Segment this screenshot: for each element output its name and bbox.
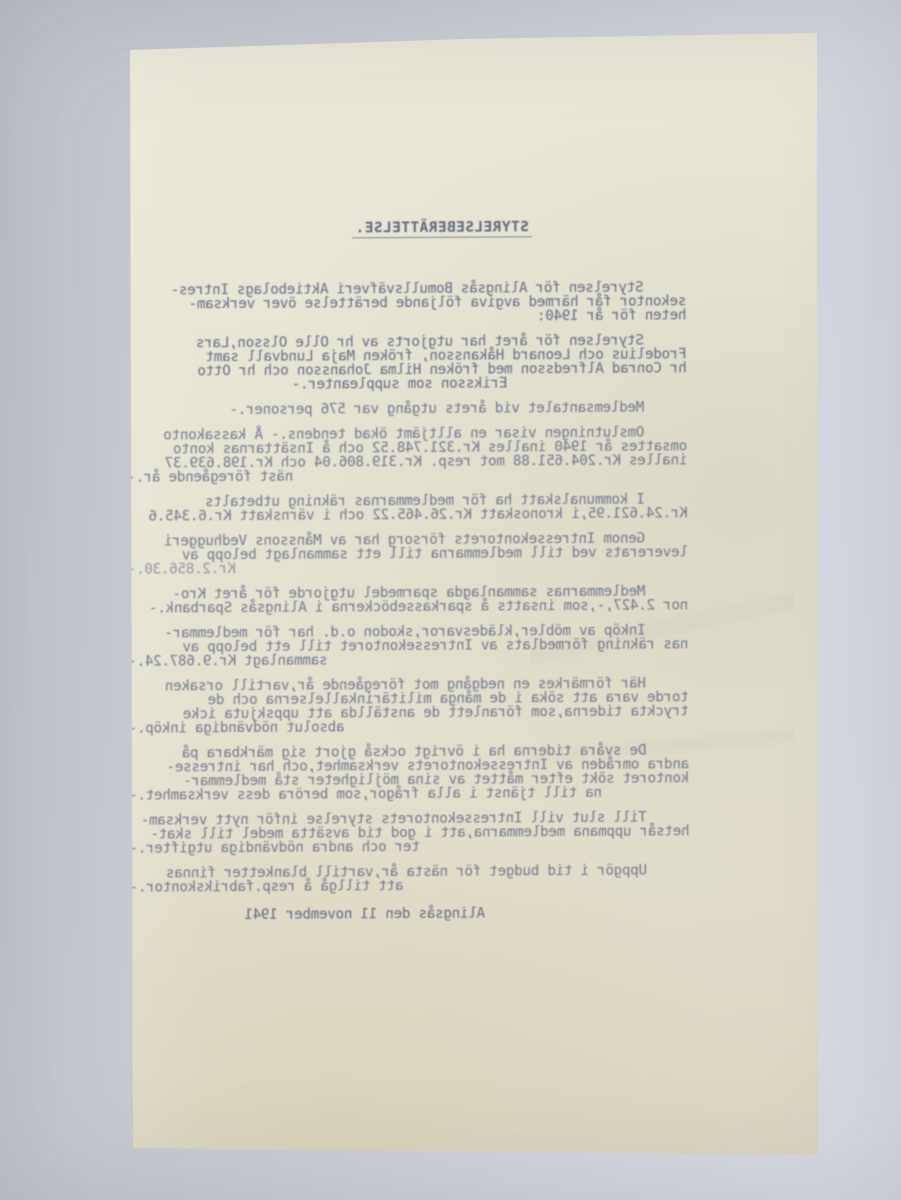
text-line: Kr.2.856.30.- [128, 559, 688, 576]
mirrored-typewritten-text: STYRELSEBERÄTTELSE. Styrelsen för Alings… [126, 219, 690, 922]
text-line: nas räkning förmedlats av Intressekontor… [128, 637, 688, 654]
text-line: Kr.24.621.95,i kronoskatt Kr.26.465.22 o… [128, 506, 688, 523]
text-line: Uppgör i tid budget för nästa år,vartill… [130, 863, 690, 880]
text-line: ter och andra nödvändiga utgifter.- [130, 838, 690, 855]
paragraph: I kommunalskatt ha för medlemmarnas räkn… [128, 492, 688, 523]
paragraph: Styrelsen för Alingsås Bomullsväfveri Ak… [126, 280, 686, 325]
document-title-text: STYRELSEBERÄTTELSE. [352, 219, 532, 238]
paper-sheet: STYRELSEBERÄTTELSE. Styrelsen för Alings… [126, 30, 822, 1160]
photo-background: STYRELSEBERÄTTELSE. Styrelsen för Alings… [0, 0, 901, 1200]
text-line: nor 2.427,-,som insatts å sparkasseböcke… [128, 598, 688, 615]
paragraph: Omslutningen visar en alltjämt ökad tend… [127, 425, 687, 484]
paragraph: Genom Intressekontorets försorg har av M… [128, 531, 688, 576]
text-line: inalles Kr.204.651.88 mot resp. Kr.319.8… [127, 453, 687, 470]
dateline: Alingsås den 11 november 1941 [130, 905, 690, 922]
text-line: Medlemsantalet vid årets utgång var 576 … [127, 400, 687, 417]
document-title: STYRELSEBERÄTTELSE. [198, 219, 686, 236]
paragraph: Medlemmarnas sammanlagda sparmedel utgjo… [128, 584, 688, 615]
paragraph: Medlemsantalet vid årets utgång var 576 … [127, 400, 687, 417]
paragraph: Här förmärkes en nedgång mot föregående … [129, 676, 689, 735]
paragraph: Till slut vill Intressekontorets styrels… [129, 810, 689, 855]
text-line: na till tjänst i alla frågor,som beröra … [129, 785, 689, 802]
paragraph: Styrelsen för året har utgjorts av hr Ol… [127, 333, 687, 392]
text-line: tryckta tiderna,som föranlett de anställ… [129, 704, 689, 721]
paragraph: Inköp av möbler,klädesvaror,skodon o.d. … [128, 623, 688, 668]
paragraph: Uppgör i tid budget för nästa år,vartill… [130, 863, 690, 894]
paragraph: De svåra tiderna ha i övrigt också gjort… [129, 743, 689, 802]
